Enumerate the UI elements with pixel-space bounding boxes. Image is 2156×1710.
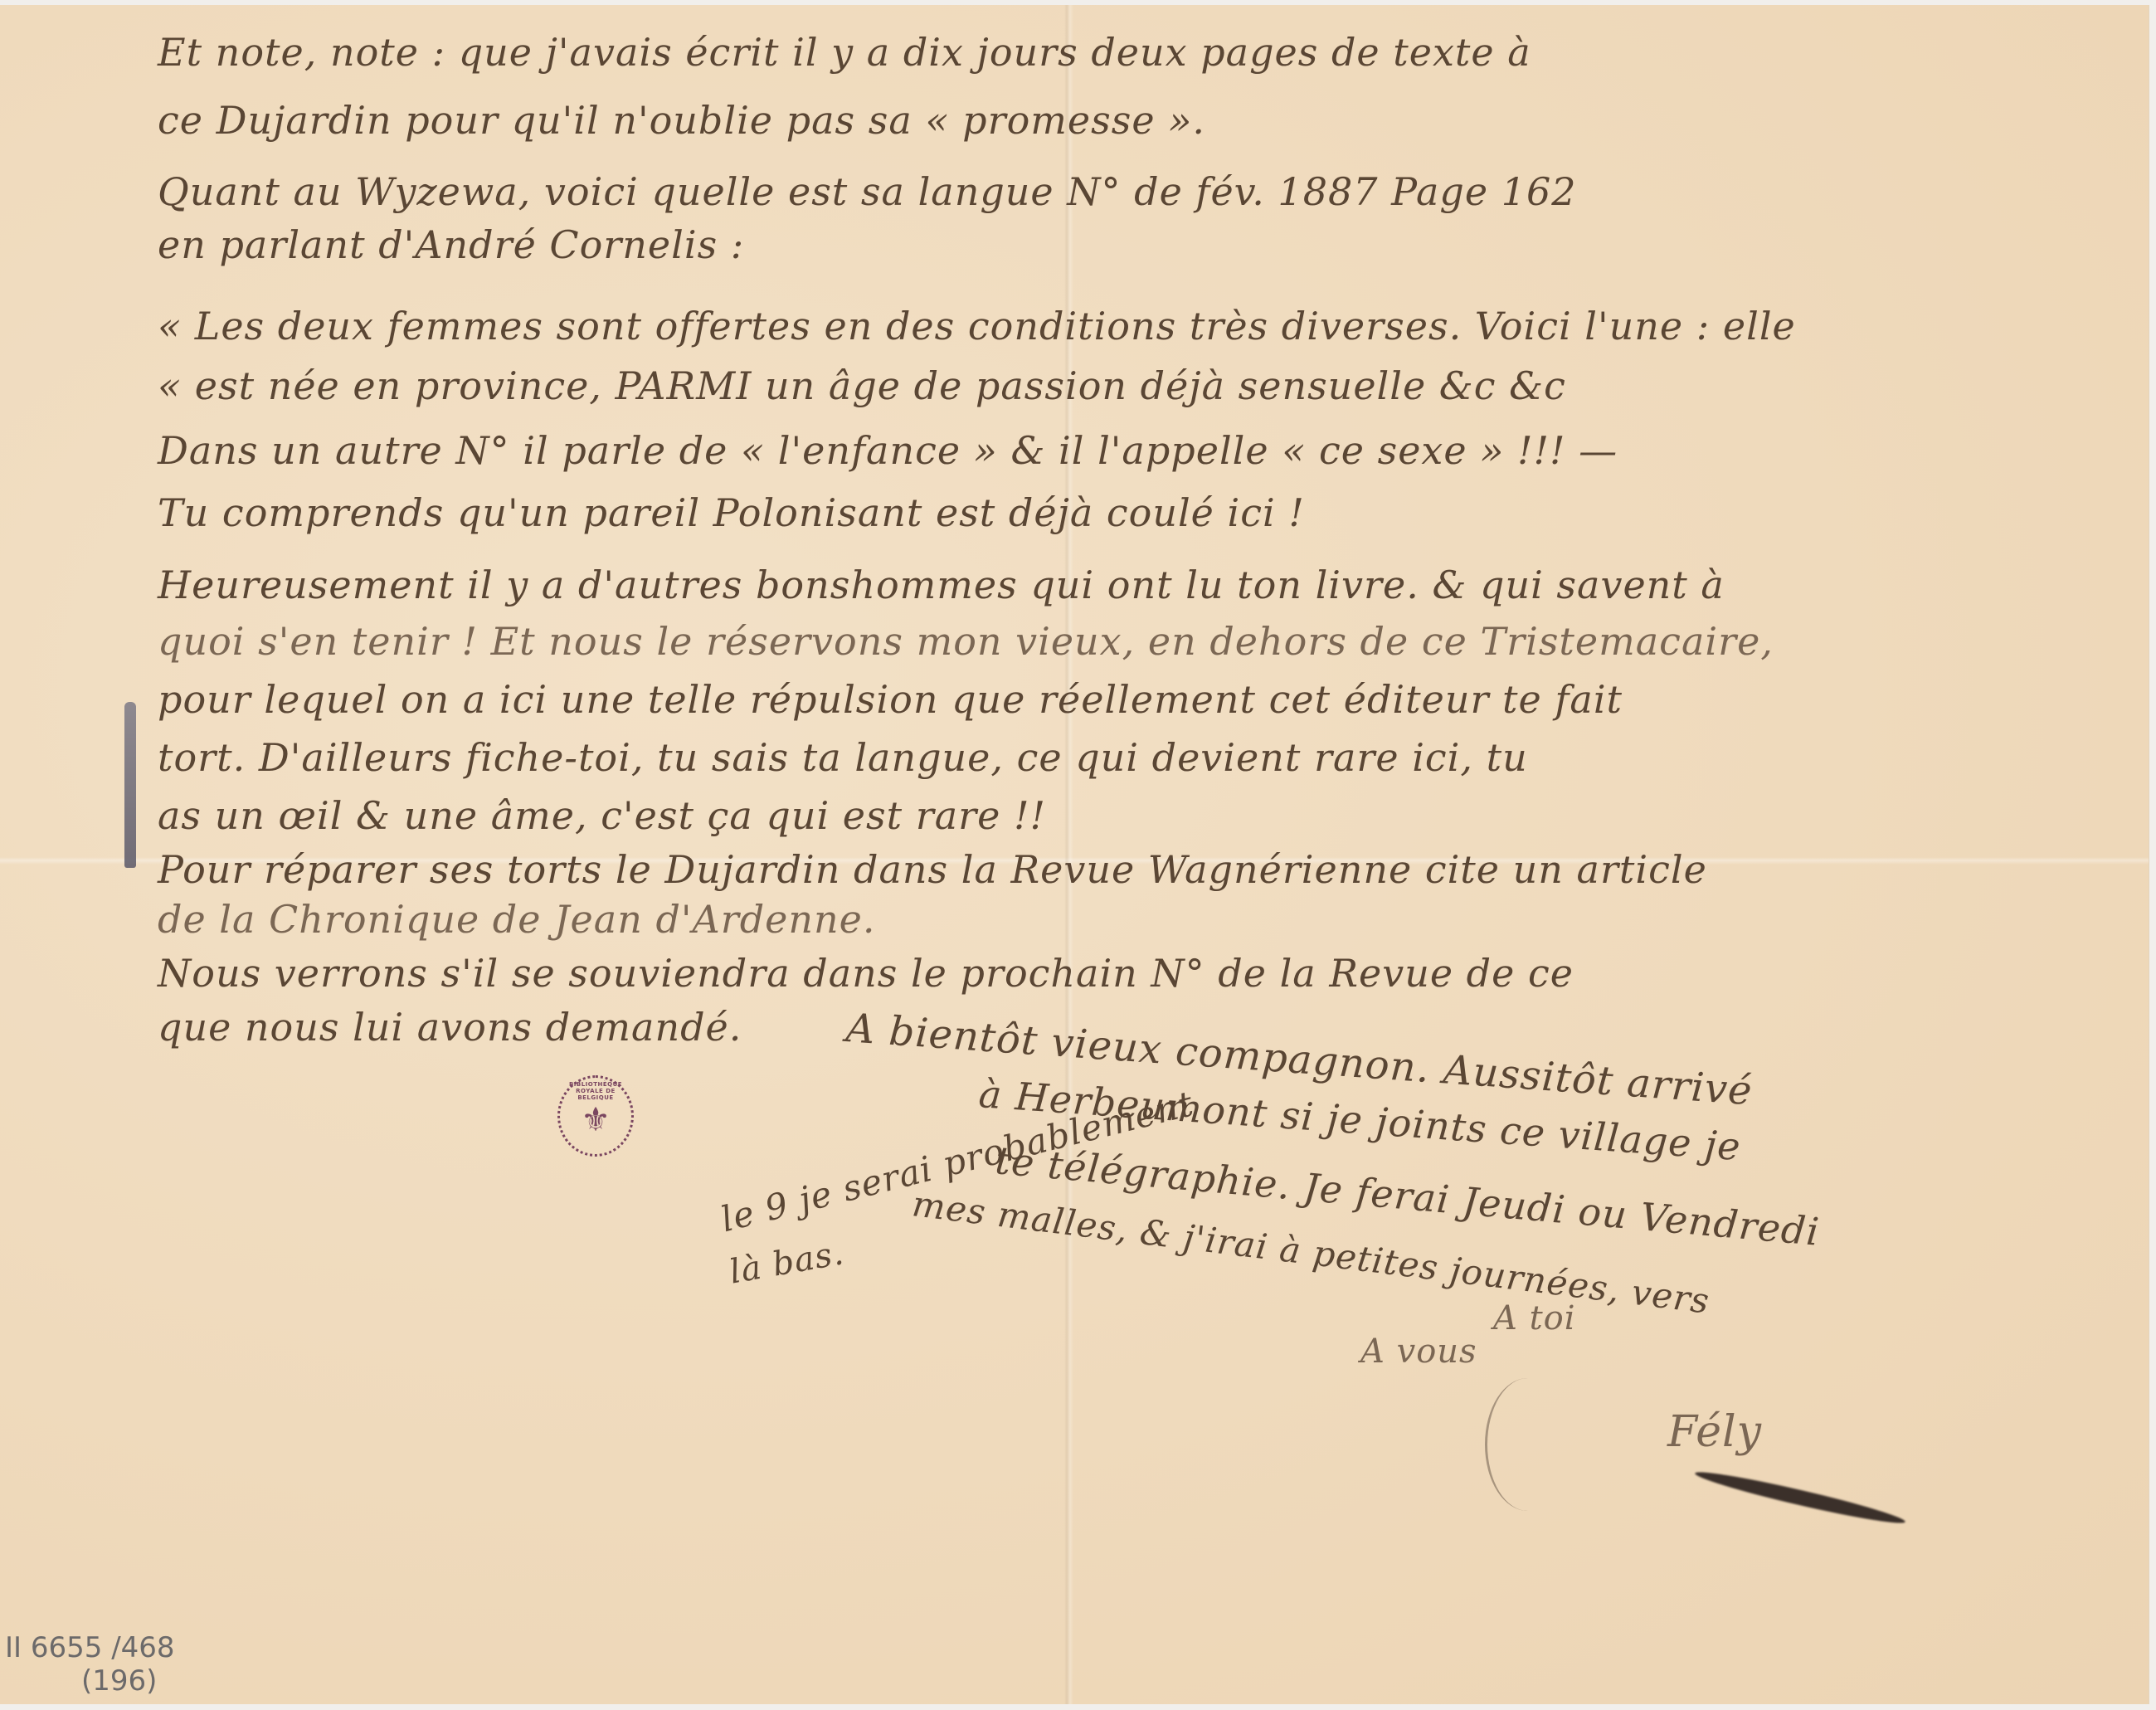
letter-line-4: en parlant d'André Cornelis : [158,222,744,267]
closing-line-6: là bas. [727,1234,847,1291]
letter-line-3: Quant au Wyzewa, voici quelle est sa lan… [158,169,1577,214]
shelfmark-sub: (196) [5,1664,175,1698]
letter-line-16: Nous verrons s'il se souviendra dans le … [158,951,1574,996]
letter-line-10: quoi s'en tenir ! Et nous le réservons m… [158,619,1774,664]
letter-line-2: ce Dujardin pour qu'il n'oublie pas sa «… [158,98,1205,143]
letter-line-14: Pour réparer ses torts le Dujardin dans … [158,847,1707,892]
signature: Fély [1667,1407,1762,1457]
signature-flourish [1485,1378,1570,1511]
letter-line-8: Tu comprends qu'un pareil Polonisant est… [158,490,1305,535]
letter-line-5: « Les deux femmes sont offertes en des c… [158,304,1796,348]
letter-line-11: pour lequel on a ici une telle répulsion… [158,677,1623,722]
valediction-a-toi: A toi [1493,1299,1576,1337]
letter-line-17: que nous lui avons demandé. [158,1005,742,1050]
shelfmark: II 6655 /468 (196) [5,1631,175,1698]
letter-line-15: de la Chronique de Jean d'Ardenne. [158,897,876,942]
letter-line-12: tort. D'ailleurs fiche-toi, tu sais ta l… [158,735,1528,780]
library-stamp: BIBLIOTHÈQUE ROYALE DE BELGIQUE ⚜ [557,1075,634,1157]
fleur-de-lis-icon: ⚜ [581,1103,611,1137]
letter-sheet: Et note, note : que j'avais écrit il y a… [0,5,2149,1704]
letter-line-7: Dans un autre N° il parle de « l'enfance… [158,428,1618,473]
valediction-a-vous: A vous [1360,1332,1477,1371]
stamp-text: BIBLIOTHÈQUE ROYALE DE BELGIQUE [560,1081,631,1101]
letter-line-9: Heureusement il y a d'autres bonshommes … [158,563,1725,607]
margin-pencil-mark [124,702,136,868]
shelfmark-number: II 6655 /468 [5,1631,175,1664]
letter-line-6: « est née en province, PARMI un âge de p… [158,363,1566,408]
letter-line-13: as un œil & une âme, c'est ça qui est ra… [158,793,1046,838]
ink-smudge [1693,1466,1906,1529]
letter-line-1: Et note, note : que j'avais écrit il y a… [158,30,1531,75]
